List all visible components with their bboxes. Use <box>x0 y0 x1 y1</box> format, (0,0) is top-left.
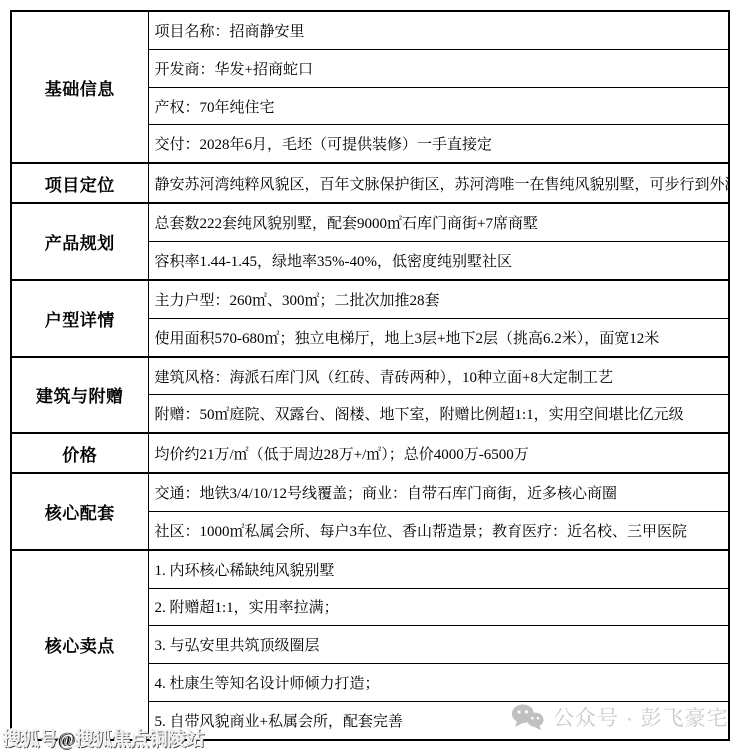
info-cell: 容积率1.44-1.45，绿地率35%-40%，低密度纯别墅社区 <box>148 241 729 279</box>
table-row: 建筑与附赠建筑风格：海派石库门风（红砖、青砖两种），10种立面+8大定制工艺 <box>11 357 729 395</box>
table-row: 核心卖点1. 内环核心稀缺纯风貌别墅 <box>11 550 729 588</box>
wechat-watermark: 公众号 · 彭飞豪宅 <box>511 702 729 732</box>
section-label: 核心卖点 <box>11 550 148 740</box>
info-cell: 使用面积570-680㎡；独立电梯厅，地上3层+地下2层（挑高6.2米），面宽1… <box>148 318 729 356</box>
table-row: 产品规划总套数222套纯风貌别墅，配套9000㎡石库门商街+7席商墅 <box>11 203 729 241</box>
wechat-icon <box>511 703 544 731</box>
info-cell: 1. 内环核心稀缺纯风貌别墅 <box>148 550 729 588</box>
section-label: 核心配套 <box>11 473 148 550</box>
table-row: 价格均价约21万/㎡（低于周边28万+/㎡）；总价4000万-6500万 <box>11 433 729 472</box>
page: 基础信息项目名称：招商静安里开发商：华发+招商蛇口产权：70年纯住宅交付：202… <box>0 0 740 754</box>
table-row: 基础信息项目名称：招商静安里 <box>11 11 729 49</box>
wechat-watermark-label: 公众号 · 彭飞豪宅 <box>553 702 729 732</box>
info-cell: 均价约21万/㎡（低于周边28万+/㎡）；总价4000万-6500万 <box>148 433 729 472</box>
property-table-body: 基础信息项目名称：招商静安里开发商：华发+招商蛇口产权：70年纯住宅交付：202… <box>11 11 729 740</box>
info-cell: 项目名称：招商静安里 <box>148 11 729 49</box>
section-label: 户型详情 <box>11 280 148 357</box>
table-row: 核心配套交通：地铁3/4/10/12号线覆盖；商业：自带石库门商街，近多核心商圈 <box>11 473 729 511</box>
section-label: 项目定位 <box>11 163 148 202</box>
table-row: 项目定位静安苏河湾纯粹风貌区，百年文脉保护街区，苏河湾唯一在售纯风貌别墅，可步行… <box>11 163 729 202</box>
info-cell: 建筑风格：海派石库门风（红砖、青砖两种），10种立面+8大定制工艺 <box>148 357 729 395</box>
info-cell: 4. 杜康生等知名设计师倾力打造； <box>148 664 729 702</box>
info-cell: 3. 与弘安里共筑顶级圈层 <box>148 626 729 664</box>
sohu-watermark: 搜狐号@搜狐焦点铜陵站 <box>2 724 204 751</box>
info-cell: 交付：2028年6月，毛坯（可提供装修）一手直接定 <box>148 125 729 163</box>
property-info-table: 基础信息项目名称：招商静安里开发商：华发+招商蛇口产权：70年纯住宅交付：202… <box>10 10 730 741</box>
section-label: 基础信息 <box>11 11 148 163</box>
table-row: 户型详情主力户型：260㎡、300㎡；二批次加推28套 <box>11 280 729 318</box>
info-cell: 开发商：华发+招商蛇口 <box>148 49 729 87</box>
section-label: 价格 <box>11 433 148 472</box>
info-cell: 总套数222套纯风貌别墅，配套9000㎡石库门商街+7席商墅 <box>148 203 729 241</box>
info-cell: 2. 附赠超1:1，实用率拉满； <box>148 588 729 626</box>
info-cell: 静安苏河湾纯粹风貌区，百年文脉保护街区，苏河湾唯一在售纯风貌别墅，可步行到外滩 <box>148 163 729 202</box>
section-label: 产品规划 <box>11 203 148 280</box>
section-label: 建筑与附赠 <box>11 357 148 434</box>
info-cell: 社区：1000㎡私属会所、每户3车位、香山帮造景；教育医疗：近名校、三甲医院 <box>148 511 729 549</box>
info-cell: 产权：70年纯住宅 <box>148 87 729 125</box>
info-cell: 交通：地铁3/4/10/12号线覆盖；商业：自带石库门商街，近多核心商圈 <box>148 473 729 511</box>
info-cell: 主力户型：260㎡、300㎡；二批次加推28套 <box>148 280 729 318</box>
info-cell: 附赠：50㎡庭院、双露台、阁楼、地下室，附赠比例超1:1，实用空间堪比亿元级 <box>148 395 729 433</box>
